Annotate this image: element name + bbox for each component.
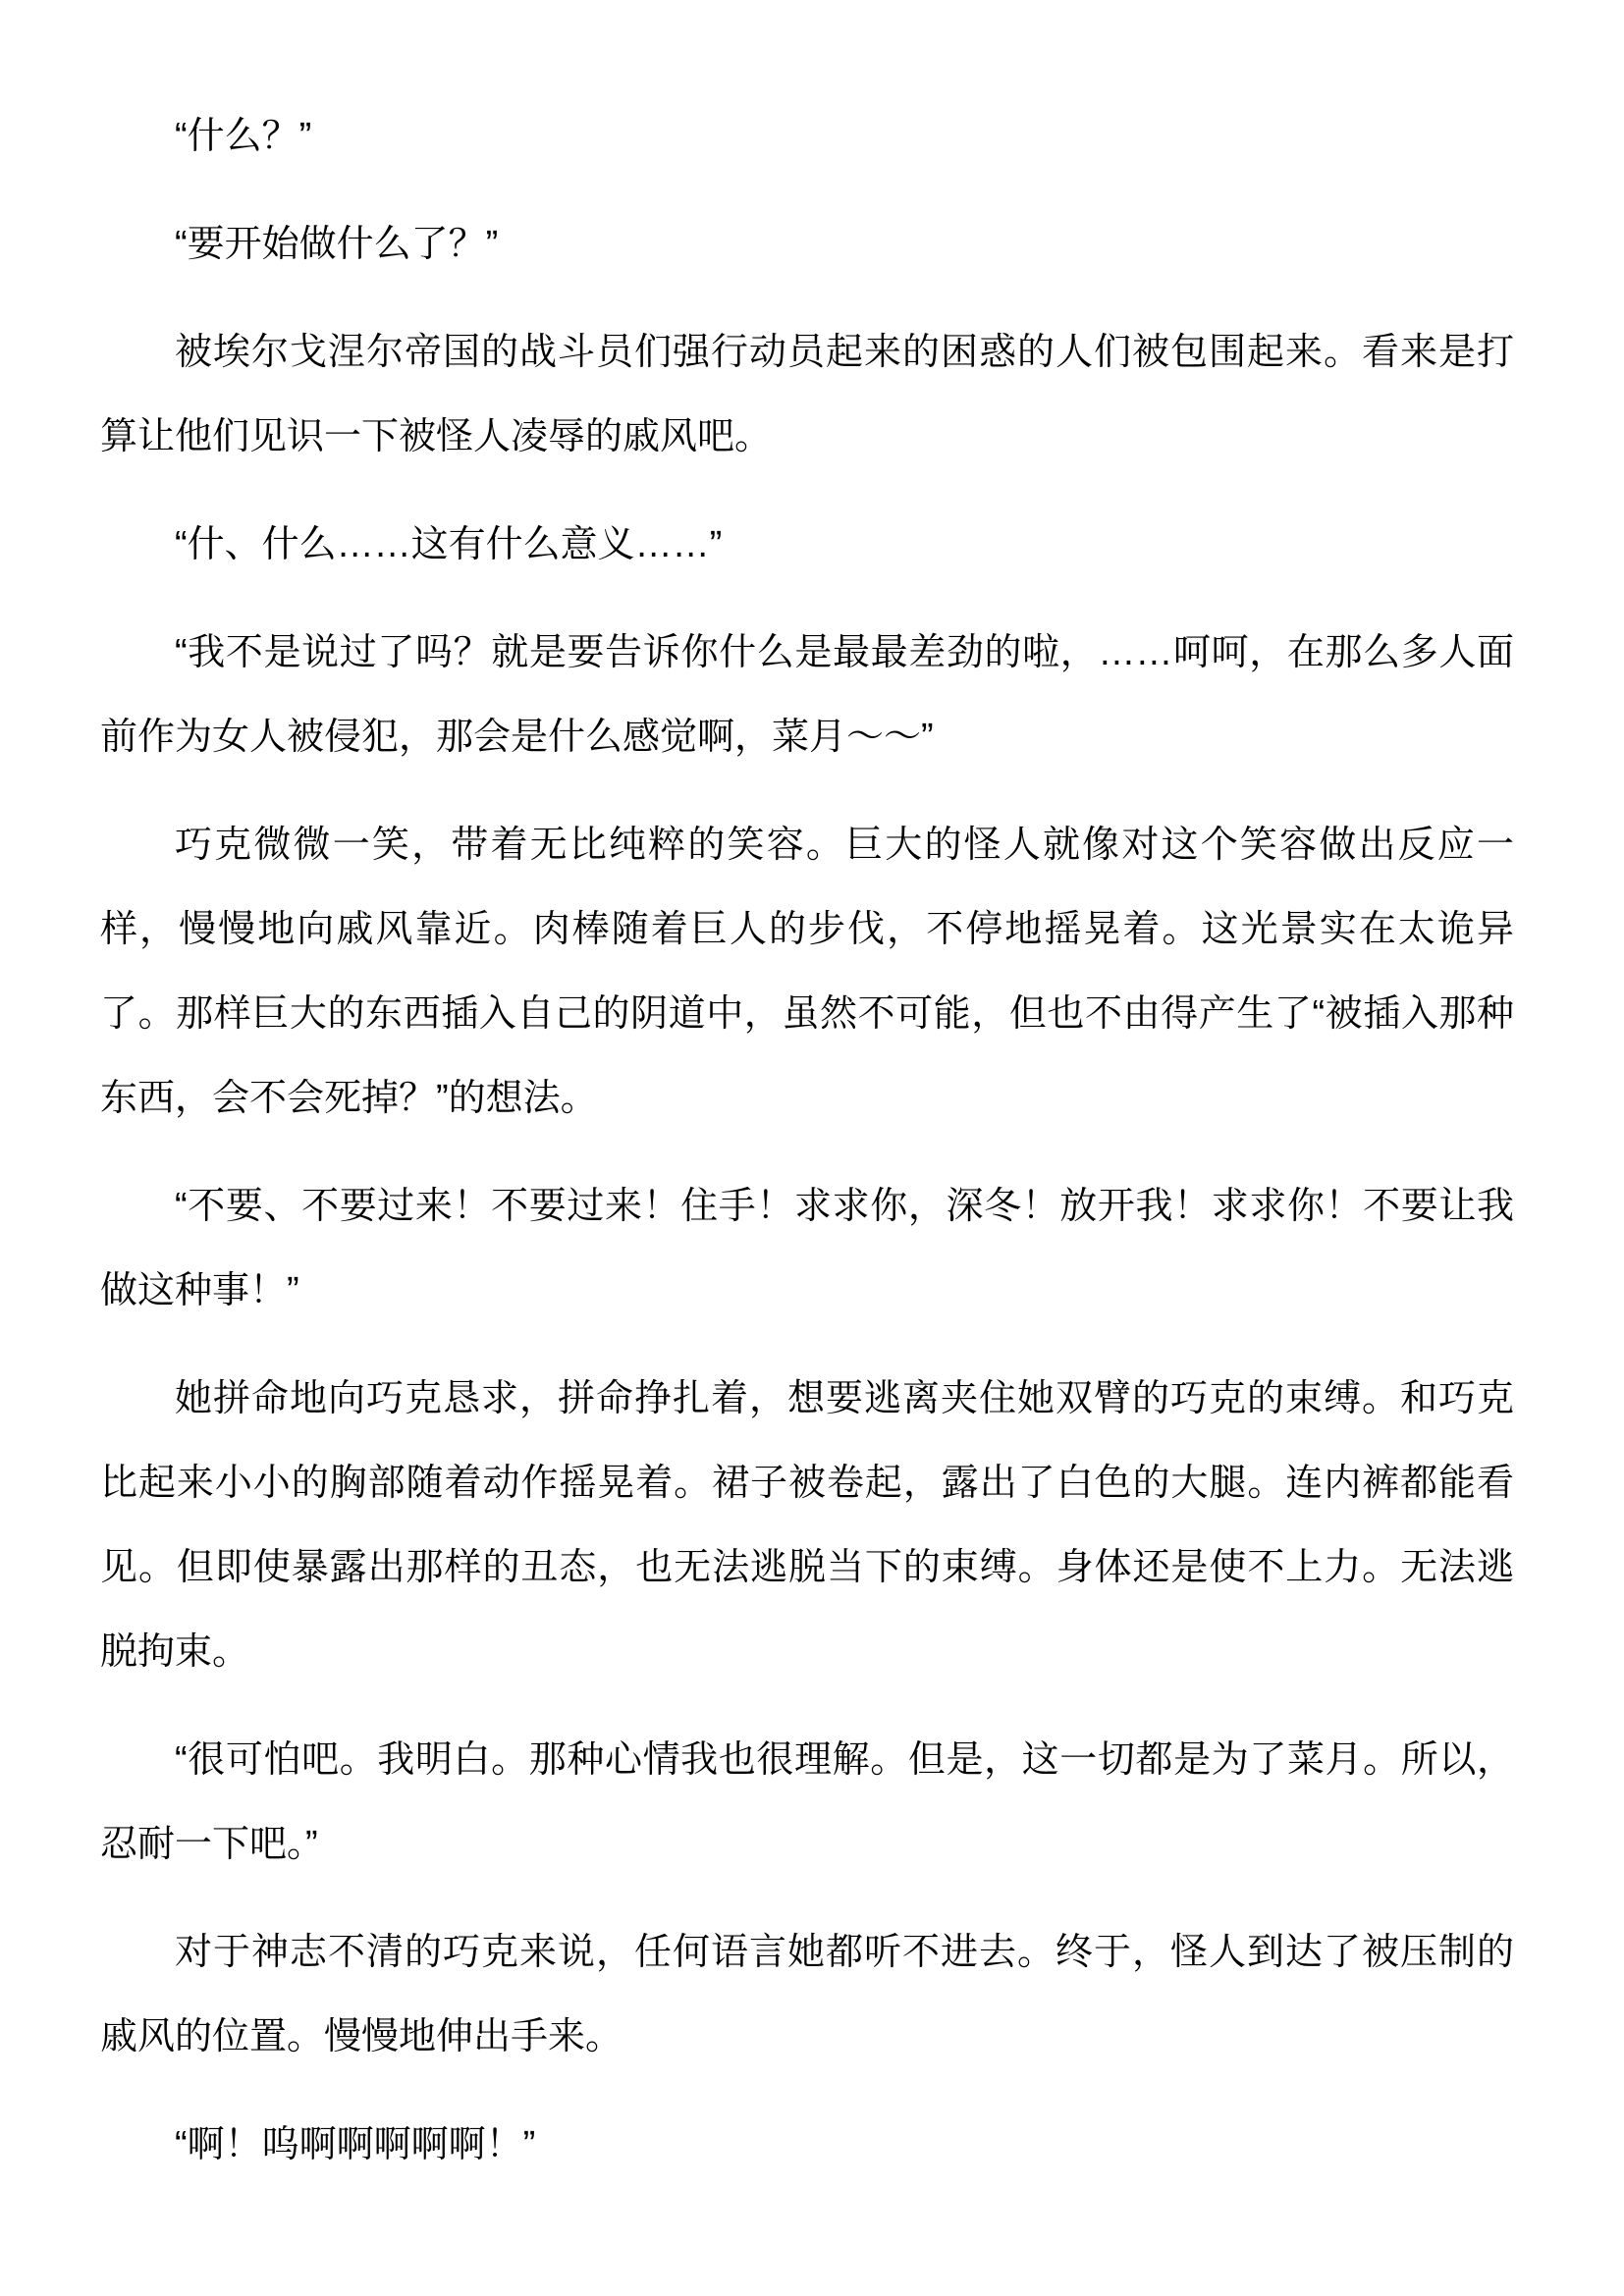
paragraph-dialogue: “不要、不要过来！不要过来！住手！求求你，深冬！放开我！求求你！不要让我做这种事… [100,1164,1514,1333]
document-page: “什么？” “要开始做什么了？” 被埃尔戈涅尔帝国的战斗员们强行动员起来的困惑的… [0,0,1624,2296]
paragraph-dialogue: “要开始做什么了？” [100,202,1514,287]
paragraph-dialogue: “我不是说过了吗？就是要告诉你什么是最最差劲的啦，……呵呵，在那么多人面前作为女… [100,611,1514,779]
paragraph-dialogue: “什、什么……这有什么意义……” [100,503,1514,587]
paragraph-dialogue: “啊！呜啊啊啊啊啊！” [100,2103,1514,2187]
paragraph-narration: 她拼命地向巧克恳求，拼命挣扎着，想要逃离夹住她双臂的巧克的束缚。和巧克比起来小小… [100,1357,1514,1694]
paragraph-narration: 被埃尔戈涅尔帝国的战斗员们强行动员起来的困惑的人们被包围起来。看来是打算让他们见… [100,310,1514,479]
paragraph-narration: 巧克微微一笑，带着无比纯粹的笑容。巨大的怪人就像对这个笑容做出反应一样，慢慢地向… [100,803,1514,1141]
paragraph-dialogue: “什么？” [100,94,1514,179]
paragraph-narration: 对于神志不清的巧克来说，任何语言她都听不进去。终于，怪人到达了被压制的戚风的位置… [100,1910,1514,2079]
paragraph-dialogue: “很可怕吧。我明白。那种心情我也很理解。但是，这一切都是为了菜月。所以，忍耐一下… [100,1718,1514,1887]
